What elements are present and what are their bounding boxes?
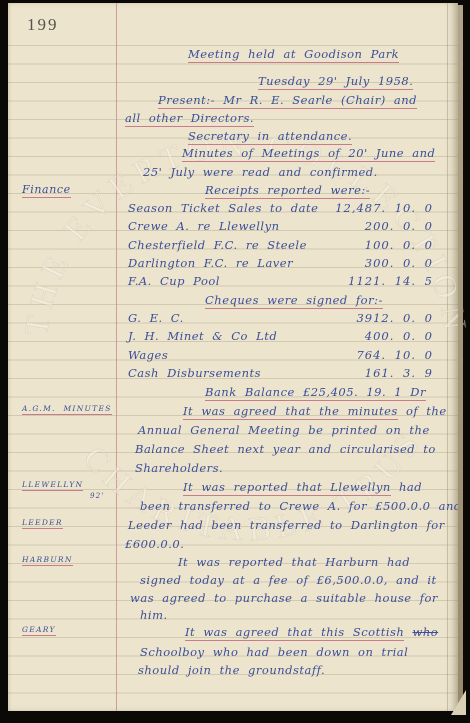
receipt-row: F.A. Cup Pool1121. 14. 5 xyxy=(8,274,454,292)
minute-line: should join the groundstaff. xyxy=(8,663,454,681)
receipt-name: Darlington F.C. re Laver xyxy=(128,256,293,270)
line-text: It was reported that Llewellyn xyxy=(183,480,391,496)
cheque-name: Wages xyxy=(128,348,168,362)
minute-line: A.G.M. MINUTES It was agreed that the mi… xyxy=(8,404,454,422)
minute-line: Schoolboy who had been down on trial xyxy=(8,645,454,663)
line-text: It was reported that Harburn had xyxy=(178,555,410,569)
receipt-amount: 200. 0. 0 xyxy=(333,219,433,233)
margin-heading-finance: Finance xyxy=(22,183,71,198)
margin-heading-llewellyn: LLEWELLYN92' xyxy=(22,480,83,491)
minute-line: signed today at a fee of £6,500.0.0, and… xyxy=(8,573,454,591)
minute-line: been transferred to Crewe A. for £500.0.… xyxy=(8,499,454,517)
margin-heading-harburn: HARBURN xyxy=(22,555,73,566)
cheque-name: G. E. C. xyxy=(128,311,184,325)
minute-line: Shareholders. xyxy=(8,461,454,479)
receipt-name: Crewe A. re Llewellyn xyxy=(128,219,280,233)
line-text: It was agreed that this Scottish xyxy=(185,625,404,641)
cheque-amount: 3912. 0. 0 xyxy=(333,311,433,325)
line-text: should join the groundstaff. xyxy=(138,663,325,677)
ledger-paper: 199 THE EVERTON COLLECTION CHARITABLE TR… xyxy=(8,3,458,711)
line-text: Annual General Meeting be printed on the xyxy=(138,423,430,437)
line-text: had xyxy=(391,480,422,494)
line-text: 25' July were read and confirmed. xyxy=(143,165,378,179)
heading-line: Secretary in attendance. xyxy=(8,129,454,147)
heading-line: Meeting held at Goodison Park xyxy=(8,47,454,65)
margin-heading-geary: GEARY xyxy=(22,625,56,636)
receipt-row: Crewe A. re Llewellyn200. 0. 0 xyxy=(8,219,454,237)
margin-heading-leeder: LEEDER xyxy=(22,518,63,529)
line-text: Tuesday 29' July 1958. xyxy=(258,74,413,90)
cheques-title-row: Cheques were signed for:- xyxy=(8,293,454,311)
receipt-amount: 1121. 14. 5 xyxy=(333,274,433,288)
cheque-name: J. H. Minet & Co Ltd xyxy=(128,329,277,343)
minute-line: HARBURN It was reported that Harburn had xyxy=(8,555,454,573)
line-text: Schoolboy who had been down on trial xyxy=(140,645,408,659)
line-text: Present:- Mr R. E. Searle (Chair) and xyxy=(158,93,417,109)
receipt-row: Chesterfield F.C. re Steele100. 0. 0 xyxy=(8,238,454,256)
receipt-row: Season Ticket Sales to date12,487. 10. 0 xyxy=(8,201,454,219)
scanned-minutes-page: 199 THE EVERTON COLLECTION CHARITABLE TR… xyxy=(0,0,470,723)
margin-heading-text: LLEWELLYN xyxy=(22,480,83,489)
line-text: Secretary in attendance. xyxy=(188,129,352,145)
line-text: him. xyxy=(140,608,168,622)
heading-line: 25' July were read and confirmed. xyxy=(8,165,454,183)
line-text: Shareholders. xyxy=(135,461,223,475)
minute-line: him. xyxy=(8,608,454,626)
minute-line: GEARY It was agreed that this Scottish w… xyxy=(8,625,454,643)
cheque-name: Cash Disbursements xyxy=(128,366,261,380)
heading-line: all other Directors. xyxy=(8,111,454,129)
receipt-row: Darlington F.C. re Laver300. 0. 0 xyxy=(8,256,454,274)
cheque-row: G. E. C.3912. 0. 0 xyxy=(8,311,454,329)
minute-line: £600.0.0. xyxy=(8,537,454,555)
page-number: 199 xyxy=(27,15,59,35)
heading-line: Present:- Mr R. E. Searle (Chair) and xyxy=(8,93,454,111)
struck-word: who xyxy=(412,625,438,639)
cheque-row: Cash Disbursements161. 3. 9 xyxy=(8,366,454,384)
page-stack-edge xyxy=(458,5,463,712)
minute-line: LLEWELLYN92' It was reported that Llewel… xyxy=(8,480,454,498)
cheque-amount: 764. 10. 0 xyxy=(333,348,433,362)
receipts-title-row: Finance Receipts reported were:- xyxy=(8,183,454,201)
line-text: £600.0.0. xyxy=(125,537,184,551)
margin-heading-agm-minutes: A.G.M. MINUTES xyxy=(22,404,112,415)
minute-line: Annual General Meeting be printed on the xyxy=(8,423,454,441)
bank-balance-row: Bank Balance £25,405. 19. 1 Dr xyxy=(8,385,454,403)
line-text: Cheques were signed for:- xyxy=(205,293,383,309)
line-text: Leeder had been transferred to Darlingto… xyxy=(128,518,445,532)
line-text: been transferred to Crewe A. for £500.0.… xyxy=(140,499,462,513)
receipt-name: Season Ticket Sales to date xyxy=(128,201,318,215)
cheque-amount: 161. 3. 9 xyxy=(333,366,433,380)
line-text: signed today at a fee of £6,500.0.0, and… xyxy=(140,573,437,587)
line-text: Bank Balance £25,405. 19. 1 Dr xyxy=(205,385,426,401)
heading-line: Tuesday 29' July 1958. xyxy=(8,74,454,92)
receipt-amount: 300. 0. 0 xyxy=(333,256,433,270)
receipt-name: F.A. Cup Pool xyxy=(128,274,220,288)
line-text: Meeting held at Goodison Park xyxy=(188,47,399,63)
line-text: all other Directors. xyxy=(125,111,254,127)
receipt-name: Chesterfield F.C. re Steele xyxy=(128,238,307,252)
receipt-amount: 100. 0. 0 xyxy=(333,238,433,252)
line-text: of the xyxy=(398,404,447,418)
minute-line: Balance Sheet next year and circularised… xyxy=(8,442,454,460)
line-text: It was agreed that the minutes xyxy=(183,404,398,420)
receipt-amount: 12,487. 10. 0 xyxy=(333,201,433,215)
minute-line: was agreed to purchase a suitable house … xyxy=(8,591,454,609)
line-text: Balance Sheet next year and circularised… xyxy=(135,442,436,456)
line-text: was agreed to purchase a suitable house … xyxy=(130,591,438,605)
cheque-row: Wages764. 10. 0 xyxy=(8,348,454,366)
heading-line: Minutes of Meetings of 20' June and xyxy=(8,146,454,164)
minute-line: LEEDER Leeder had been transferred to Da… xyxy=(8,518,454,536)
cheque-amount: 400. 0. 0 xyxy=(333,329,433,343)
line-text: Minutes of Meetings of 20' June and xyxy=(182,146,435,162)
line-text: Receipts reported were:- xyxy=(205,183,370,199)
cheque-row: J. H. Minet & Co Ltd400. 0. 0 xyxy=(8,329,454,347)
